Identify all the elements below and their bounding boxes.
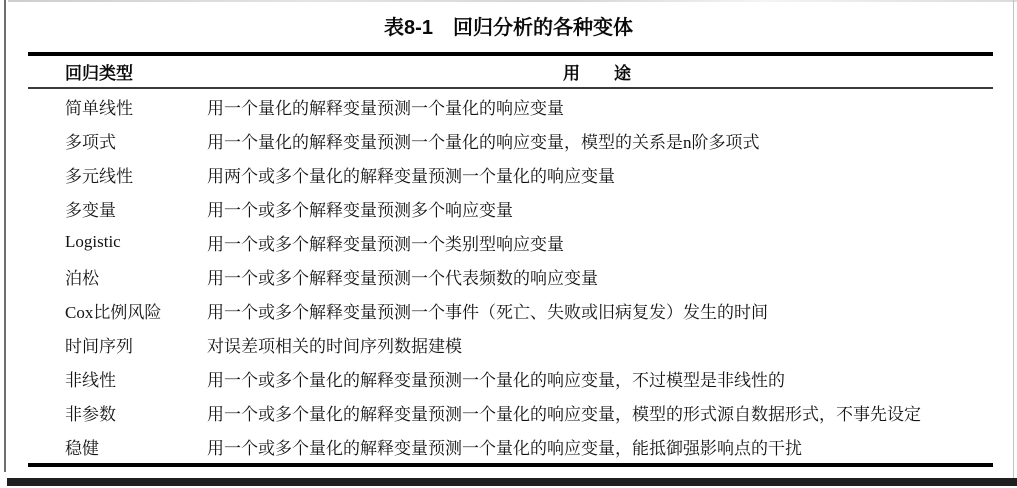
header-usage: 用 途 (207, 59, 993, 84)
table-row-nonlinear: 非线性 用一个或多个量化的解释变量预测一个量化的响应变量，不过模型是非线性的 (28, 361, 993, 395)
row-type: 非参数 (28, 400, 207, 425)
table-row-nonparametric: 非参数 用一个或多个量化的解释变量预测一个量化的响应变量，模型的形式源自数据形式… (28, 395, 993, 429)
table-title: 表8-1 回归分析的各种变体 (0, 15, 1017, 41)
row-usage: 用一个量化的解释变量预测一个量化的响应变量 (207, 94, 993, 119)
table-row-polynomial: 多项式 用一个量化的解释变量预测一个量化的响应变量，模型的关系是n阶多项式 (28, 123, 993, 157)
row-usage: 对误差项相关的时间序列数据建模 (207, 332, 993, 357)
row-usage: 用两个或多个量化的解释变量预测一个量化的响应变量 (207, 162, 993, 187)
row-type: 稳健 (28, 434, 207, 459)
row-type: 时间序列 (28, 332, 207, 357)
table-row-poisson: 泊松 用一个或多个解释变量预测一个代表频数的响应变量 (28, 259, 993, 293)
row-usage: 用一个或多个解释变量预测一个代表频数的响应变量 (207, 264, 993, 289)
page-edge-bottom (7, 478, 1017, 486)
row-type: 多项式 (28, 128, 207, 153)
header-regression-type: 回归类型 (28, 59, 207, 84)
row-usage: 用一个或多个量化的解释变量预测一个量化的响应变量，不过模型是非线性的 (207, 366, 993, 391)
row-usage: 用一个或多个解释变量预测一个事件（死亡、失败或旧病复发）发生的时间 (207, 298, 993, 323)
row-type: 泊松 (28, 264, 207, 289)
table-row-logistic: Logistic 用一个或多个解释变量预测一个类别型响应变量 (28, 225, 993, 259)
table-body: 简单线性 用一个量化的解释变量预测一个量化的响应变量 多项式 用一个量化的解释变… (28, 89, 993, 467)
table-row-simple-linear: 简单线性 用一个量化的解释变量预测一个量化的响应变量 (28, 89, 993, 123)
page-edge-top (8, 0, 1017, 2)
table-row-robust: 稳健 用一个或多个量化的解释变量预测一个量化的响应变量，能抵御强影响点的干扰 (28, 429, 993, 463)
row-type: Cox比例风险 (28, 298, 207, 323)
regression-variants-table: 回归类型 用 途 简单线性 用一个量化的解释变量预测一个量化的响应变量 多项式 … (28, 52, 993, 467)
table-header-row: 回归类型 用 途 (28, 56, 993, 89)
row-usage: 用一个或多个解释变量预测多个响应变量 (207, 196, 993, 221)
row-type: 多变量 (28, 196, 207, 221)
row-type: 简单线性 (28, 94, 207, 119)
page-edge-left (4, 0, 6, 472)
row-type: Logistic (28, 232, 207, 252)
header-usage-label: 用 途 (563, 64, 631, 83)
row-usage: 用一个或多个量化的解释变量预测一个量化的响应变量，模型的形式源自数据形式，不事先… (207, 400, 993, 425)
row-type: 非线性 (28, 366, 207, 391)
table-row-multivariate: 多变量 用一个或多个解释变量预测多个响应变量 (28, 191, 993, 225)
table-row-time-series: 时间序列 对误差项相关的时间序列数据建模 (28, 327, 993, 361)
table-row-multiple-linear: 多元线性 用两个或多个量化的解释变量预测一个量化的响应变量 (28, 157, 993, 191)
row-usage: 用一个或多个量化的解释变量预测一个量化的响应变量，能抵御强影响点的干扰 (207, 434, 993, 459)
table-row-cox: Cox比例风险 用一个或多个解释变量预测一个事件（死亡、失败或旧病复发）发生的时… (28, 293, 993, 327)
row-type: 多元线性 (28, 162, 207, 187)
row-usage: 用一个量化的解释变量预测一个量化的响应变量，模型的关系是n阶多项式 (207, 128, 993, 153)
row-usage: 用一个或多个解释变量预测一个类别型响应变量 (207, 230, 993, 255)
page-edge-right (1013, 0, 1014, 478)
scanned-page: 表8-1 回归分析的各种变体 回归类型 用 途 简单线性 用一个量化的解释变量预… (0, 0, 1017, 488)
